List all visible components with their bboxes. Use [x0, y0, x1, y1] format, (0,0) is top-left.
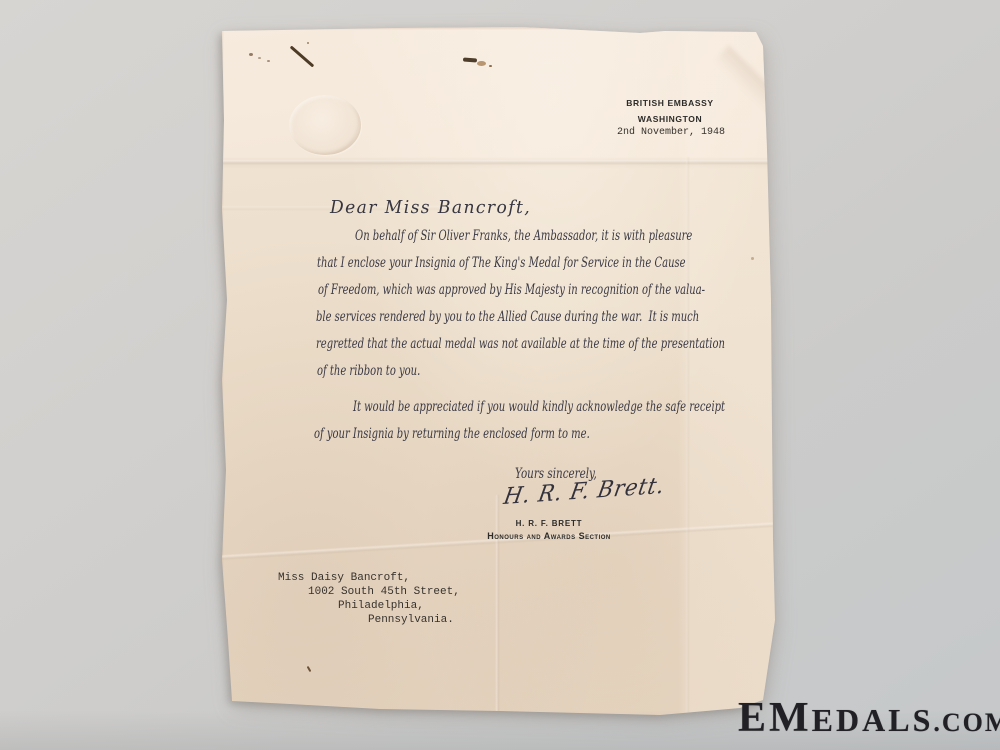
- letter-body-line: that I enclose your Insignia of The King…: [317, 257, 686, 271]
- signatory-section: Honours and Awards Section: [464, 531, 634, 541]
- rust-smudge-dark: [463, 58, 477, 63]
- letter-body-line: of the ribbon to you.: [317, 365, 420, 379]
- letter-salutation: Dear Miss Bancroft,: [330, 199, 531, 217]
- rust-dot: [489, 65, 492, 67]
- rust-dot: [267, 60, 270, 62]
- letter-date: 2nd November, 1948: [617, 127, 725, 139]
- letter-body-line: of Freedom, which was approved by His Ma…: [318, 284, 705, 298]
- letterhead-line2: WASHINGTON: [590, 114, 750, 124]
- letter-body-line: regretted that the actual medal was not …: [316, 338, 725, 352]
- letter-body-line: ble services rendered by you to the Alli…: [316, 311, 699, 325]
- paper-speck: [751, 257, 754, 260]
- recipient-address-line: Miss Daisy Bancroft,: [278, 572, 410, 584]
- staple-mark: [290, 46, 315, 68]
- letter-body-line: It would be appreciated if you would kin…: [353, 401, 725, 415]
- paper-speck: [307, 42, 309, 44]
- watermark-text: EM: [738, 694, 812, 742]
- recipient-address-line: Pennsylvania.: [368, 614, 454, 626]
- signatory-name: H. R. F. BRETT: [474, 519, 624, 528]
- letter-body-line: On behalf of Sir Oliver Franks, the Amba…: [355, 230, 692, 244]
- paper-speck: [307, 666, 312, 672]
- letter-paper: BRITISH EMBASSY WASHINGTON 2nd November,…: [220, 27, 777, 718]
- emedals-watermark: EMEDALS.COM: [738, 694, 1000, 742]
- recipient-address-line: Philadelphia,: [338, 600, 424, 612]
- watermark-text: .COM: [933, 708, 1000, 738]
- letter-paper-shadow: BRITISH EMBASSY WASHINGTON 2nd November,…: [220, 27, 777, 718]
- rust-dot: [249, 53, 253, 56]
- letter-body-line: of your Insignia by returning the enclos…: [314, 428, 590, 442]
- fold-crease-vertical-center: [496, 495, 499, 718]
- rust-smudge-light: [477, 61, 486, 66]
- rust-dot: [258, 57, 261, 59]
- embossed-seal: [289, 95, 361, 155]
- letterhead-line1: BRITISH EMBASSY: [590, 98, 750, 108]
- photo-of-letter: BRITISH EMBASSY WASHINGTON 2nd November,…: [0, 0, 1000, 750]
- recipient-address-line: 1002 South 45th Street,: [308, 586, 460, 598]
- fold-crease-top: [220, 160, 777, 164]
- watermark-text: EDALS: [812, 702, 934, 739]
